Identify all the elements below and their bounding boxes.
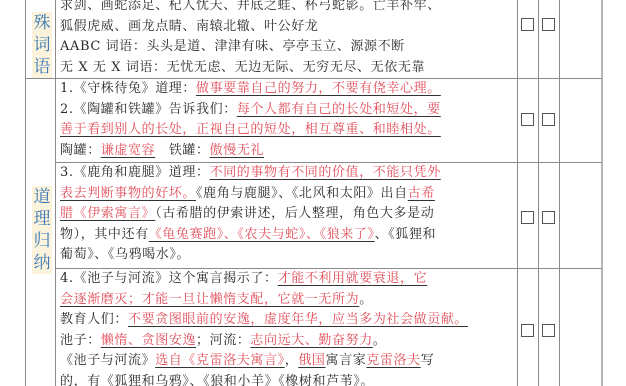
text-line: 葡萄》、《乌鸦喝水》。 <box>60 245 512 266</box>
label-char: 道 <box>32 186 52 208</box>
body-text: 《鹿角与鹿腿》、《北风和太阳》出自 <box>196 186 408 201</box>
answer-text: 《龟兔赛跑》、《农夫与蛇》、《狼来了》 <box>149 227 375 242</box>
body-text: 求剑、画蛇添足、杞人忧天、井底之蛙、杯弓蛇影。亡羊补牢、 <box>60 0 441 13</box>
text-line: 善于看到别人的长处，正视自己的短处，相互尊重、和睦相处。 <box>60 120 512 141</box>
text-line: 《池子与河流》选自《克雷洛夫寓言》，俄国寓言家克雷洛夫写 <box>60 351 512 372</box>
body-text: 2.《陶罐和铁罐》告诉我们： <box>60 102 237 117</box>
text-line: 会逐渐磨灭；才能一旦让懒惰支配，它就一无所为。 <box>60 290 512 311</box>
column-divider <box>538 0 539 386</box>
answer-text: 懒惰、贪图安逸 <box>101 333 196 348</box>
text-line: 无 X 无 X 词语：无忧无虑、无边无际、无穷无尽、无依无靠 <box>60 58 512 79</box>
answer-text: 会逐渐磨灭；才能一旦让懒惰支配，它就一无所为 <box>60 292 359 307</box>
label-char: 纳 <box>32 252 52 274</box>
answer-text: 谦虚宽容 <box>101 143 155 158</box>
answer-text: 志向远大、勤奋努力 <box>250 333 372 348</box>
label-char: 词 <box>32 34 52 56</box>
text-line: 陶罐：谦虚宽容 铁罐：傲慢无礼 <box>60 141 512 162</box>
checkbox-row2-b[interactable] <box>542 113 555 126</box>
section-label-lesson-summary: 道 理 归 纳 <box>32 186 52 274</box>
answer-text: 选自《克雷洛夫寓言》 <box>155 353 285 368</box>
body-text: 3.《鹿角和鹿腿》道理： <box>60 165 210 180</box>
column-divider <box>559 0 560 386</box>
text-line: 求剑、画蛇添足、杞人忧天、井底之蛙、杯弓蛇影。亡羊补牢、 <box>60 0 512 17</box>
text-line: 的，有《狐狸和乌鸦》、《狼和小羊》《橡树和芦苇》。 <box>60 372 512 386</box>
answer-text: 做事要靠自己的努力，不要有侥幸心理。 <box>196 81 441 96</box>
label-char: 理 <box>32 208 52 230</box>
checkbox-row3-b[interactable] <box>542 211 555 224</box>
cell-fable-lessons-3: 3.《鹿角和鹿腿》道理：不同的事物有不同的价值，不能只凭外表去判断事物的好坏。《… <box>60 163 512 266</box>
body-text: 。 <box>373 333 387 348</box>
text-line: 1.《守株待兔》道理：做事要靠自己的努力，不要有侥幸心理。 <box>60 79 512 100</box>
checkbox-row1-b[interactable] <box>542 18 555 31</box>
text-line: 4.《池子与河流》这个寓言揭示了：才能不利用就要衰退，它 <box>60 269 512 290</box>
body-text: （古希腊的伊索讲述，后人整理，角色大多是动 <box>155 206 434 221</box>
label-char: 归 <box>32 230 52 252</box>
checkbox-row4-b[interactable] <box>542 324 555 337</box>
text-line: 物），其中还有《龟兔赛跑》、《农夫与蛇》、《狼来了》、《狐狸和 <box>60 225 512 246</box>
text-line: 池子：懒惰、贪图安逸；河流：志向远大、勤奋努力。 <box>60 331 512 352</box>
body-text: 教育人们： <box>60 312 128 327</box>
text-line: 3.《鹿角和鹿腿》道理：不同的事物有不同的价值，不能只凭外 <box>60 163 512 184</box>
cell-fable-lessons-4: 4.《池子与河流》这个寓言揭示了：才能不利用就要衰退，它会逐渐磨灭；才能一旦让懒… <box>60 269 512 386</box>
body-text: ；河流： <box>196 333 250 348</box>
checkbox-row3-a[interactable] <box>521 211 534 224</box>
body-text: 物），其中还有 <box>60 227 149 242</box>
body-text: 、《狐狸和 <box>375 227 437 242</box>
text-line: 狐假虎威、画龙点睛、南辕北辙、叶公好龙 <box>60 17 512 38</box>
body-text: 铁罐： <box>155 143 209 158</box>
body-text: 葡萄》、《乌鸦喝水》。 <box>60 247 190 262</box>
answer-text: 才能不利用就要衰退，它 <box>278 271 428 286</box>
label-char: 殊 <box>32 12 52 34</box>
text-line: 腊《伊索寓言》（古希腊的伊索讲述，后人整理，角色大多是动 <box>60 204 512 225</box>
body-text: 无 X 无 X 词语：无忧无虑、无边无际、无穷无尽、无依无靠 <box>60 60 425 75</box>
label-char: 语 <box>32 56 52 78</box>
answer-text: 腊《伊索寓言》 <box>60 206 155 221</box>
checkbox-row4-a[interactable] <box>521 324 534 337</box>
body-text: 池子： <box>60 333 101 348</box>
checkbox-row1-a[interactable] <box>521 18 534 31</box>
text-line: 2.《陶罐和铁罐》告诉我们：每个人都有自己的长处和短处，要 <box>60 100 512 121</box>
answer-text: 不要贪图眼前的安逸，虚度年华，应当多为社会做贡献。 <box>128 312 468 327</box>
text-line: AABC 词语：头头是道、津津有味、亭亭玉立、源源不断 <box>60 37 512 58</box>
body-text: 1.《守株待兔》道理： <box>60 81 196 96</box>
body-text: 陶罐： <box>60 143 101 158</box>
section-label-special-words: 殊 词 语 <box>32 12 52 78</box>
body-text: 。 <box>359 292 373 307</box>
answer-text: 不同的事物有不同的价值，不能只凭外 <box>210 165 441 180</box>
body-text: 狐假虎威、画龙点睛、南辕北辙、叶公好龙 <box>60 19 318 34</box>
cell-idioms: 求剑、画蛇添足、杞人忧天、井底之蛙、杯弓蛇影。亡羊补牢、狐假虎威、画龙点睛、南辕… <box>60 0 512 78</box>
body-text: ， <box>285 353 299 368</box>
body-text: 寓言家 <box>326 353 367 368</box>
answer-text: 傲慢无礼 <box>210 143 264 158</box>
answer-text: 古希 <box>408 186 435 201</box>
table-border-left <box>25 0 26 386</box>
answer-text: 俄国 <box>298 353 325 368</box>
answer-text: 善于看到别人的长处，正视自己的短处，相互尊重、和睦相处。 <box>60 122 441 137</box>
answer-text: 克雷洛夫 <box>366 353 420 368</box>
answer-text: 表去判断事物的好坏。 <box>60 186 196 201</box>
body-text: 的，有《狐狸和乌鸦》、《狼和小羊》《橡树和芦苇》。 <box>60 374 374 386</box>
cell-fable-lessons-1-2: 1.《守株待兔》道理：做事要靠自己的努力，不要有侥幸心理。2.《陶罐和铁罐》告诉… <box>60 79 512 161</box>
body-text: 写 <box>421 353 435 368</box>
text-line: 教育人们：不要贪图眼前的安逸，虚度年华，应当多为社会做贡献。 <box>60 310 512 331</box>
checkbox-row2-a[interactable] <box>521 113 534 126</box>
body-text: 《池子与河流》 <box>60 353 155 368</box>
column-divider <box>517 0 518 386</box>
answer-text: 每个人都有自己的长处和短处，要 <box>237 102 441 117</box>
body-text: 4.《池子与河流》这个寓言揭示了： <box>60 271 278 286</box>
text-line: 表去判断事物的好坏。《鹿角与鹿腿》、《北风和太阳》出自古希 <box>60 184 512 205</box>
column-divider <box>55 0 56 386</box>
body-text: AABC 词语：头头是道、津津有味、亭亭玉立、源源不断 <box>60 39 405 54</box>
table-border-right <box>601 0 603 386</box>
